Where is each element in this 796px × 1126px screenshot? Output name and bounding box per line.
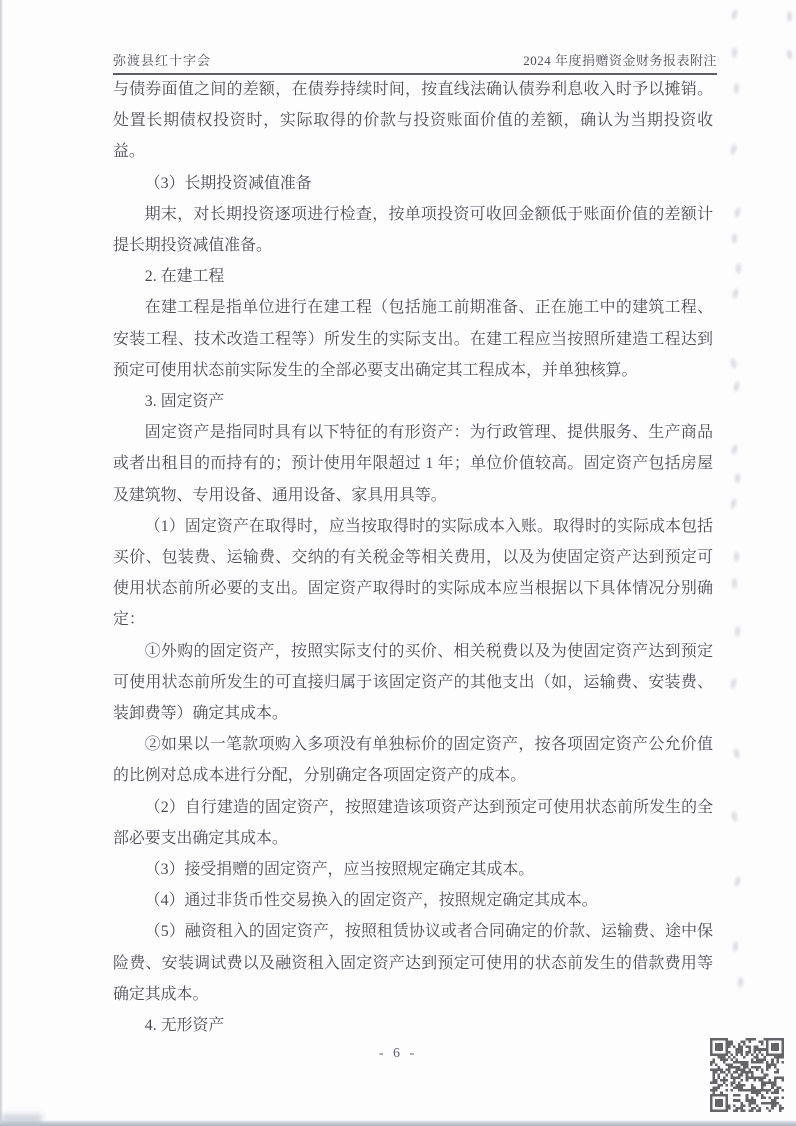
bleed-through-mark [733,82,740,95]
bleed-through-mark [731,46,738,59]
organization-name: 弥渡县红十字会 [113,50,211,69]
paragraph: 3. 固定资产 [113,386,713,417]
bleed-through-mark [737,976,744,989]
paragraph: 期末，对长期投资逐项进行检查，按单项投资可收回金额低于账面价值的差额计提长期投资… [113,199,713,261]
bleed-through-mark [785,47,795,61]
bleed-through-mark [731,379,741,393]
bleed-through-mark [728,496,738,510]
scan-edge-bottom [0,1120,796,1126]
bleed-through-mark [732,874,742,888]
scanned-document-page: 弥渡县红十字会 2024 年度捐赠资金财务报表附注 与债券面值之间的差额，在债券… [0,0,796,1126]
bleed-through-mark [729,356,739,370]
paragraph: 与债券面值之间的差额，在债券持续时间，按直线法确认债券利息收入时予以摊销。处置长… [113,74,713,168]
paragraph: （5）融资租入的固定资产，按照租赁协议或者合同确定的价款、运输费、途中保险费、安… [113,916,713,1010]
bleed-through-mark [732,746,742,760]
bleed-through-mark [731,232,738,245]
report-title: 2024 年度捐赠资金财务报表附注 [523,50,717,69]
scan-corner-artifact [2,1114,42,1124]
bleed-through-mark [731,577,738,590]
paragraph: ①外购的固定资产，按照实际支付的买价、相关税费以及为使固定资产达到预定可使用状态… [113,636,713,730]
bleed-through-mark [729,442,739,456]
document-body: 与债券面值之间的差额，在债券持续时间，按直线法确认债券利息收入时予以摊销。处置长… [113,74,713,1041]
bleed-through-mark [734,472,741,485]
bleed-through-mark [728,142,738,156]
bleed-through-mark [730,286,740,300]
paragraph: （3）接受捐赠的固定资产，应当按照规定确定其成本。 [113,854,713,885]
page-number: - 6 - [0,1046,796,1062]
scan-edge-left [0,0,3,1126]
bleed-through-mark [729,7,739,21]
bleed-through-mark [734,625,741,638]
paragraph: 在建工程是指单位进行在建工程（包括施工前期准备、正在施工中的建筑工程、安装工程、… [113,292,713,386]
bleed-through-mark [728,676,738,690]
paragraph: 2. 在建工程 [113,261,713,292]
page-header: 弥渡县红十字会 2024 年度捐赠资金财务报表附注 [113,50,717,75]
paragraph: （2）自行建造的固定资产，按照建造该项资产达到预定可使用状态前所发生的全部必要支… [113,792,713,854]
qr-code [710,1038,784,1112]
paragraph: 4. 无形资产 [113,1010,713,1041]
bleed-through-mark [735,262,742,275]
paragraph: ②如果以一笔款项购入多项没有单独标价的固定资产，按各项固定资产公允价值的比例对总… [113,729,713,791]
bleed-through-mark [732,940,739,953]
bleed-through-mark [786,10,793,23]
paragraph: （1）固定资产在取得时，应当按取得时的实际成本入账。取得时的实际成本包括买价、包… [113,511,713,636]
paragraph: 固定资产是指同时具有以下特征的有形资产：为行政管理、提供服务、生产商品或者出租目… [113,417,713,511]
bleed-through-mark [733,550,740,563]
bleed-through-mark [730,809,740,823]
paragraph: （4）通过非货币性交易换入的固定资产，按照规定确定其成本。 [113,885,713,916]
paragraph: （3）长期投资减值准备 [113,168,713,199]
bleed-through-mark [732,205,742,219]
